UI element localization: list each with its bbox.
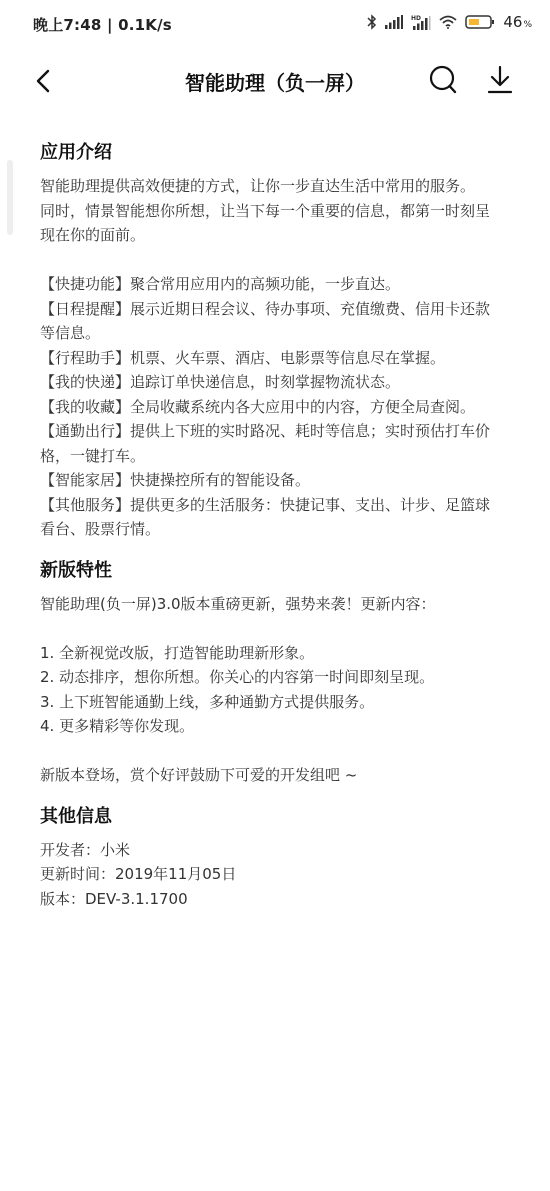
feature-list: 【快捷功能】聚合常用应用内的高频功能，一步直达。 【日程提醒】展示近期日程会议、…	[40, 272, 520, 542]
whats-new-outro: 新版本登场，赏个好评鼓励下可爱的开发组吧 ~	[40, 763, 520, 788]
section-title-intro: 应用介绍	[40, 138, 520, 168]
battery-level-unit: %	[523, 20, 532, 30]
hd-signal-icon: HD	[411, 14, 431, 30]
feature-item: 【日程提醒】展示近期日程会议、待办事项、充值缴费、信用卡还款	[40, 297, 520, 322]
feature-item-cont: 等信息。	[40, 321, 520, 346]
search-icon	[428, 64, 460, 96]
section-intro: 应用介绍 智能助理提供高效便捷的方式，让你一步直达生活中常用的服务。 同时，情景…	[40, 138, 520, 542]
status-time: 晚上7:48	[33, 16, 102, 34]
feature-item: 【行程助手】机票、火车票、酒店、电影票等信息尽在掌握。	[40, 346, 520, 371]
status-bar: 晚上7:48 | 0.1K/s HD 46%	[0, 0, 550, 46]
section-whats-new: 新版特性 智能助理(负一屏)3.0版本重磅更新，强势来袭！更新内容： 1. 全新…	[40, 556, 520, 788]
page-title: 智能助理（负一屏）	[0, 67, 550, 96]
signal-icon	[385, 15, 403, 29]
section-title-other-info: 其他信息	[40, 802, 520, 832]
scrollbar[interactable]	[7, 160, 13, 235]
svg-text:HD: HD	[411, 15, 421, 22]
whats-new-item: 2. 动态排序，想你所想。你关心的内容第一时间即刻呈现。	[40, 665, 520, 690]
intro-paragraph: 智能助理提供高效便捷的方式，让你一步直达生活中常用的服务。 同时，情景智能想你所…	[40, 174, 520, 248]
update-date: 更新时间：2019年11月05日	[40, 862, 520, 887]
whats-new-body: 智能助理(负一屏)3.0版本重磅更新，强势来袭！更新内容： 1. 全新视觉改版，…	[40, 592, 520, 788]
feature-item: 【我的快递】追踪订单快递信息，时刻掌握物流状态。	[40, 370, 520, 395]
download-button[interactable]	[484, 64, 516, 96]
battery-level-value: 46	[503, 13, 522, 31]
other-info-body: 开发者：小米 更新时间：2019年11月05日 版本：DEV-3.1.1700	[40, 838, 520, 912]
status-icons: HD 46%	[367, 13, 532, 31]
battery-icon	[465, 14, 495, 30]
feature-item-cont: 看台、股票行情。	[40, 517, 520, 542]
version-info: 版本：DEV-3.1.1700	[40, 887, 520, 912]
wifi-icon	[439, 15, 457, 29]
whats-new-intro: 智能助理(负一屏)3.0版本重磅更新，强势来袭！更新内容：	[40, 592, 520, 617]
feature-item-cont: 格，一键打车。	[40, 444, 520, 469]
status-separator: |	[107, 16, 113, 34]
status-time-speed: 晚上7:48 | 0.1K/s	[33, 14, 172, 35]
feature-item: 【通勤出行】提供上下班的实时路况、耗时等信息；实时预估打车价	[40, 419, 520, 444]
intro-line: 同时，情景智能想你所想，让当下每一个重要的信息，都第一时刻呈	[40, 199, 520, 224]
feature-item: 【智能家居】快捷操控所有的智能设备。	[40, 468, 520, 493]
battery-level: 46%	[503, 13, 532, 31]
whats-new-item: 4. 更多精彩等你发现。	[40, 714, 520, 739]
download-icon	[484, 64, 516, 96]
section-other-info: 其他信息 开发者：小米 更新时间：2019年11月05日 版本：DEV-3.1.…	[40, 802, 520, 912]
status-net-speed: 0.1K/s	[118, 16, 172, 34]
feature-item: 【我的收藏】全局收藏系统内各大应用中的内容，方便全局查阅。	[40, 395, 520, 420]
bluetooth-icon	[367, 14, 377, 30]
feature-item: 【其他服务】提供更多的生活服务：快捷记事、支出、计步、足篮球	[40, 493, 520, 518]
nav-bar: 智能助理（负一屏）	[0, 56, 550, 106]
whats-new-item: 3. 上下班智能通勤上线，多种通勤方式提供服务。	[40, 690, 520, 715]
section-title-whats-new: 新版特性	[40, 556, 520, 586]
app-details: 应用介绍 智能助理提供高效便捷的方式，让你一步直达生活中常用的服务。 同时，情景…	[40, 138, 520, 911]
intro-line: 智能助理提供高效便捷的方式，让你一步直达生活中常用的服务。	[40, 174, 520, 199]
feature-item: 【快捷功能】聚合常用应用内的高频功能，一步直达。	[40, 272, 520, 297]
search-button[interactable]	[428, 64, 460, 96]
intro-line: 现在你的面前。	[40, 223, 520, 248]
whats-new-item: 1. 全新视觉改版，打造智能助理新形象。	[40, 641, 520, 666]
developer-info: 开发者：小米	[40, 838, 520, 863]
